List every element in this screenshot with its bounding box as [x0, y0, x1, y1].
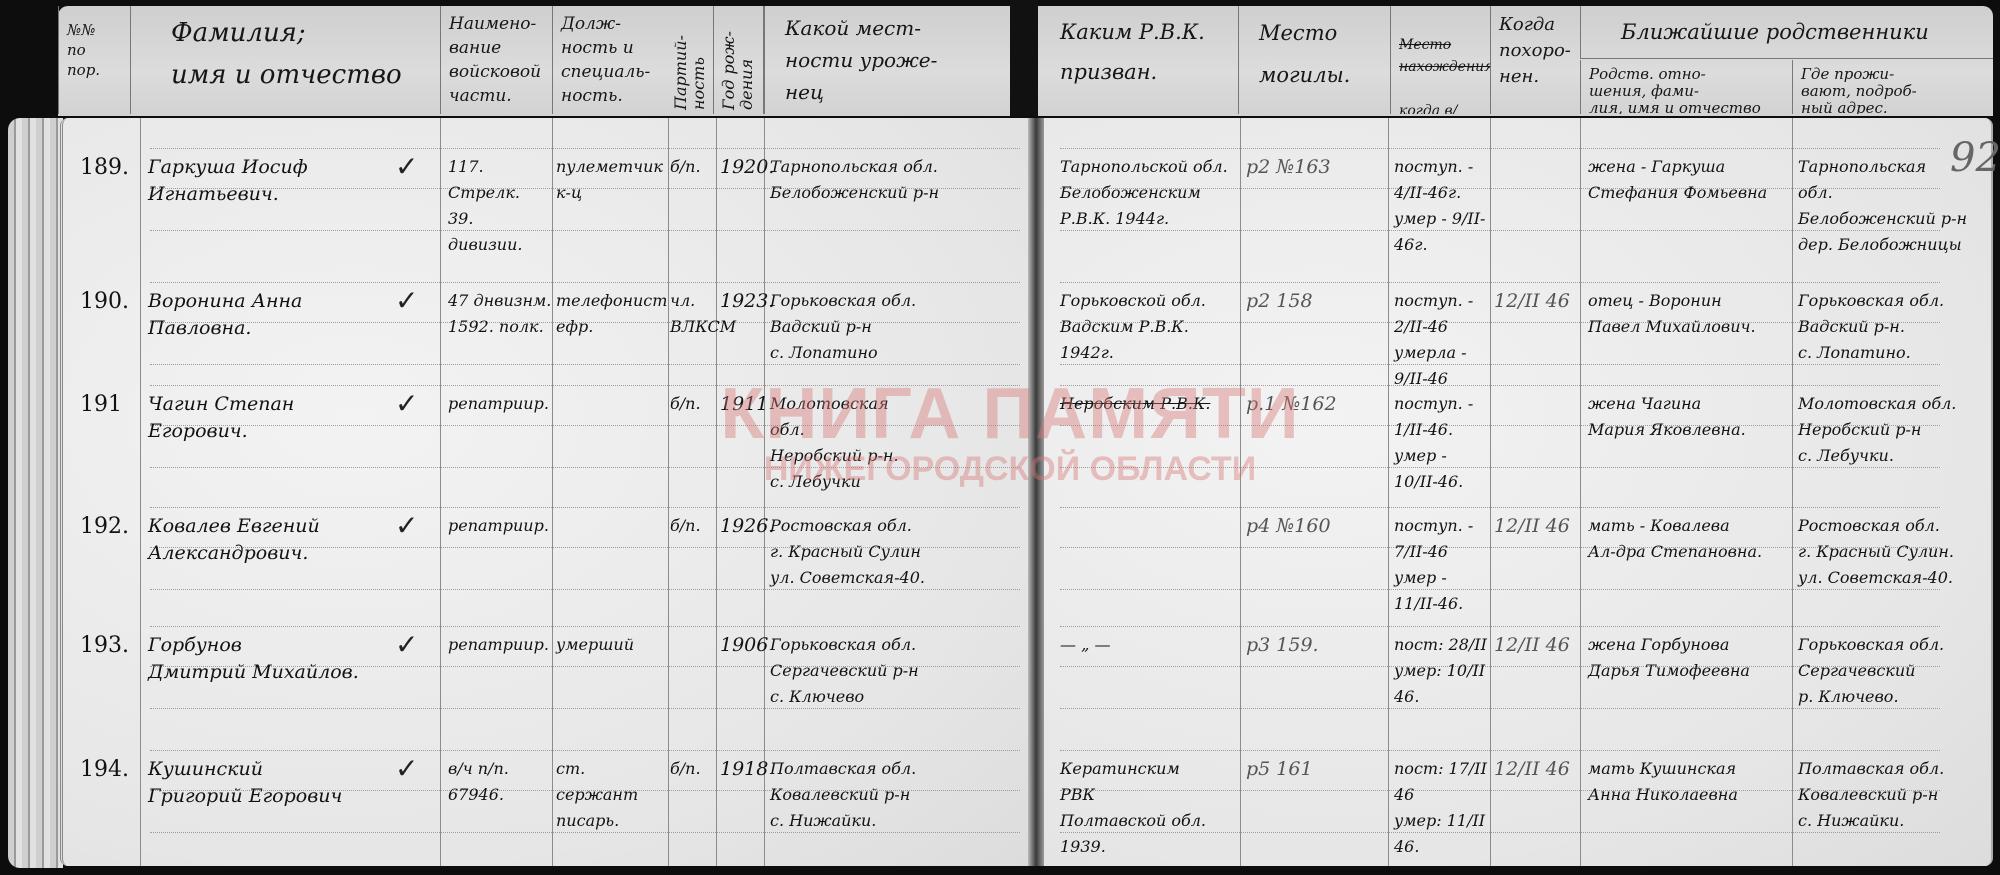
- cell-party: б/п.: [670, 391, 716, 417]
- header-grave: Место могилы.: [1238, 6, 1390, 114]
- header-name: Фамилия; имя и отчество: [130, 6, 440, 114]
- header-born: Год рож- дения: [716, 6, 764, 114]
- ruled-line: [1060, 282, 1940, 283]
- cell-buried: 12/II 46: [1494, 513, 1580, 540]
- header-dates: Место нахождения когда в/ умер. Москва: [1390, 6, 1490, 114]
- cell-num: 189.: [80, 154, 138, 181]
- ruled-line: [1060, 148, 1940, 149]
- cell-born: 1911: [720, 391, 764, 418]
- ruled-line: [150, 230, 1020, 231]
- ruled-line: [1060, 385, 1940, 386]
- cell-dates: пост: 28/II умер: 10/II 46.: [1394, 632, 1490, 710]
- cell-party: б/п.: [670, 513, 716, 539]
- cell-dates: поступ. - 7/II-46 умер - 11/II-46.: [1394, 513, 1490, 617]
- cell-party: чл. ВЛКСМ: [670, 288, 716, 340]
- cell-relation: жена Чагина Мария Яковлевна.: [1588, 391, 1792, 443]
- column-rule: [140, 118, 141, 866]
- cell-rvk: Неробским Р.В.К.: [1060, 391, 1240, 417]
- checkmark-icon: ✓: [395, 509, 418, 542]
- cell-unit: в/ч п/п. 67946.: [448, 756, 552, 808]
- cell-buried: 12/II 46: [1494, 288, 1580, 315]
- header-num: №№ по пор.: [58, 6, 130, 114]
- cell-grave: р4 №160: [1246, 513, 1386, 540]
- header-dates-label: когда в/ умер.: [1399, 100, 1484, 114]
- cell-dates: поступ. - 4/II-46г. умер - 9/II-46г.: [1394, 154, 1490, 258]
- header-fold-gap: [1010, 0, 1038, 116]
- checkmark-icon: ✓: [395, 284, 418, 317]
- cell-unit: репатриир.: [448, 513, 552, 539]
- ruled-line: [1060, 750, 1940, 751]
- cell-unit: 47 днвизнм. 1592. полк.: [448, 288, 552, 340]
- cell-relation: мать Кушинская Анна Николаевна: [1588, 756, 1792, 808]
- ruled-line: [150, 507, 1020, 508]
- cell-rvk: — „ —: [1060, 632, 1240, 658]
- cell-rvk: Горьковской обл. Вадским Р.В.К. 1942г.: [1060, 288, 1240, 366]
- cell-address: Ростовская обл. г. Красный Сулин. ул. Со…: [1798, 513, 1993, 591]
- cell-address: Молотовская обл. Неробский р-н с. Лебучк…: [1798, 391, 1993, 469]
- ruled-line: [150, 148, 1020, 149]
- page-edges: [8, 118, 63, 868]
- cell-num: 194.: [80, 756, 138, 783]
- cell-grave: р2 №163: [1246, 154, 1386, 181]
- cell-unit: 117. Стрелк. 39. дивизии.: [448, 154, 552, 258]
- header-birthplace: Какой мест- ности уроже- нец: [764, 6, 1010, 114]
- cell-relation: отец - Воронин Павел Михайлович.: [1588, 288, 1792, 340]
- cell-address: Горьковская обл. Вадский р-н. с. Лопатин…: [1798, 288, 1993, 366]
- cell-buried: 12/II 46: [1494, 632, 1580, 659]
- header-rank: Долж- ность и специаль- ность.: [552, 6, 660, 114]
- cell-num: 192.: [80, 513, 138, 540]
- cell-rvk: Кератинским РВК Полтавской обл. 1939.: [1060, 756, 1240, 860]
- header-relation: Родств. отно- шения, фами- лия, имя и от…: [1580, 60, 1792, 114]
- cell-relation: мать - Ковалева Ал-дра Степановна.: [1588, 513, 1792, 565]
- header-relatives: Ближайшие родственники: [1580, 6, 1993, 58]
- cell-party: б/п.: [670, 756, 716, 782]
- cell-rank: пулеметчик к-ц: [556, 154, 666, 206]
- cell-rank: ст. сержант писарь.: [556, 756, 666, 834]
- ruled-line: [1060, 626, 1940, 627]
- header-relatives-divider: [1580, 58, 1993, 59]
- cell-birthplace: Тарнопольская обл. Белобоженский р-н: [770, 154, 1010, 206]
- folio-number: 92: [1950, 135, 2000, 181]
- checkmark-icon: ✓: [395, 628, 418, 661]
- checkmark-icon: ✓: [395, 752, 418, 785]
- cell-relation: жена - Гаркуша Стефания Фомьевна: [1588, 154, 1792, 206]
- header-address: Где прожи- вают, подроб- ный адрес.: [1792, 60, 1992, 114]
- cell-address: Полтавская обл. Ковалевский р-н с. Нижай…: [1798, 756, 1993, 834]
- header-party: Партий- ность: [668, 6, 714, 114]
- checkmark-icon: ✓: [395, 150, 418, 183]
- cell-birthplace: Ростовская обл. г. Красный Сулин ул. Сов…: [770, 513, 1010, 591]
- cell-unit: репатриир.: [448, 391, 552, 417]
- cell-grave: р5 161: [1246, 756, 1386, 783]
- cell-birthplace: Молотовская обл. Неробский р-н. с. Лебуч…: [770, 391, 1010, 495]
- book-spine: [1028, 118, 1044, 866]
- cell-born: 1918: [720, 756, 764, 783]
- cell-grave: р3 159.: [1246, 632, 1386, 659]
- header-buried: Когда похоро- нен.: [1490, 6, 1580, 114]
- ruled-line: [150, 750, 1020, 751]
- cell-birthplace: Горьковская обл. Вадский р-н с. Лопатино: [770, 288, 1010, 366]
- cell-buried: 12/II 46: [1494, 756, 1580, 783]
- cell-dates: поступ. - 1/II-46. умер - 10/II-46.: [1394, 391, 1490, 495]
- cell-grave: р.1 №162: [1246, 391, 1386, 418]
- cell-birthplace: Полтавская обл. Ковалевский р-н с. Нижай…: [770, 756, 1010, 834]
- cell-party: б/п.: [670, 154, 716, 180]
- cell-unit: репатриир.: [448, 632, 552, 658]
- cell-num: 193.: [80, 632, 138, 659]
- ruled-line: [150, 282, 1020, 283]
- ruled-line: [150, 626, 1020, 627]
- cell-num: 191: [80, 391, 138, 418]
- cell-grave: р2 158: [1246, 288, 1386, 315]
- cell-born: 1926.: [720, 513, 764, 540]
- cell-address: Горьковская обл. Сергачевский р. Ключево…: [1798, 632, 1993, 710]
- cell-num: 190.: [80, 288, 138, 315]
- cell-birthplace: Горьковская обл. Сергачевский р-н с. Клю…: [770, 632, 1010, 710]
- cell-dates: пост: 17/II 46 умер: 11/II 46.: [1394, 756, 1490, 860]
- ruled-line: [150, 385, 1020, 386]
- cell-born: 1920.: [720, 154, 764, 181]
- cell-relation: жена Горбунова Дарья Тимофеевна: [1588, 632, 1792, 684]
- cell-rvk: Тарнопольской обл. Белобоженским Р.В.К. …: [1060, 154, 1240, 232]
- cell-born: 1923.: [720, 288, 764, 315]
- header-dates-struck: Место нахождения: [1399, 34, 1484, 78]
- ruled-line: [1060, 507, 1940, 508]
- cell-rank: телефонист ефр.: [556, 288, 666, 340]
- cell-born: 1906: [720, 632, 764, 659]
- cell-dates: поступ. - 2/II-46 умерла - 9/II-46: [1394, 288, 1490, 392]
- header-rvk: Каким Р.В.К. призван.: [1038, 6, 1238, 114]
- header-unit: Наимено- вание войсковой части.: [440, 6, 552, 114]
- checkmark-icon: ✓: [395, 387, 418, 420]
- cell-rank: умерший: [556, 632, 666, 658]
